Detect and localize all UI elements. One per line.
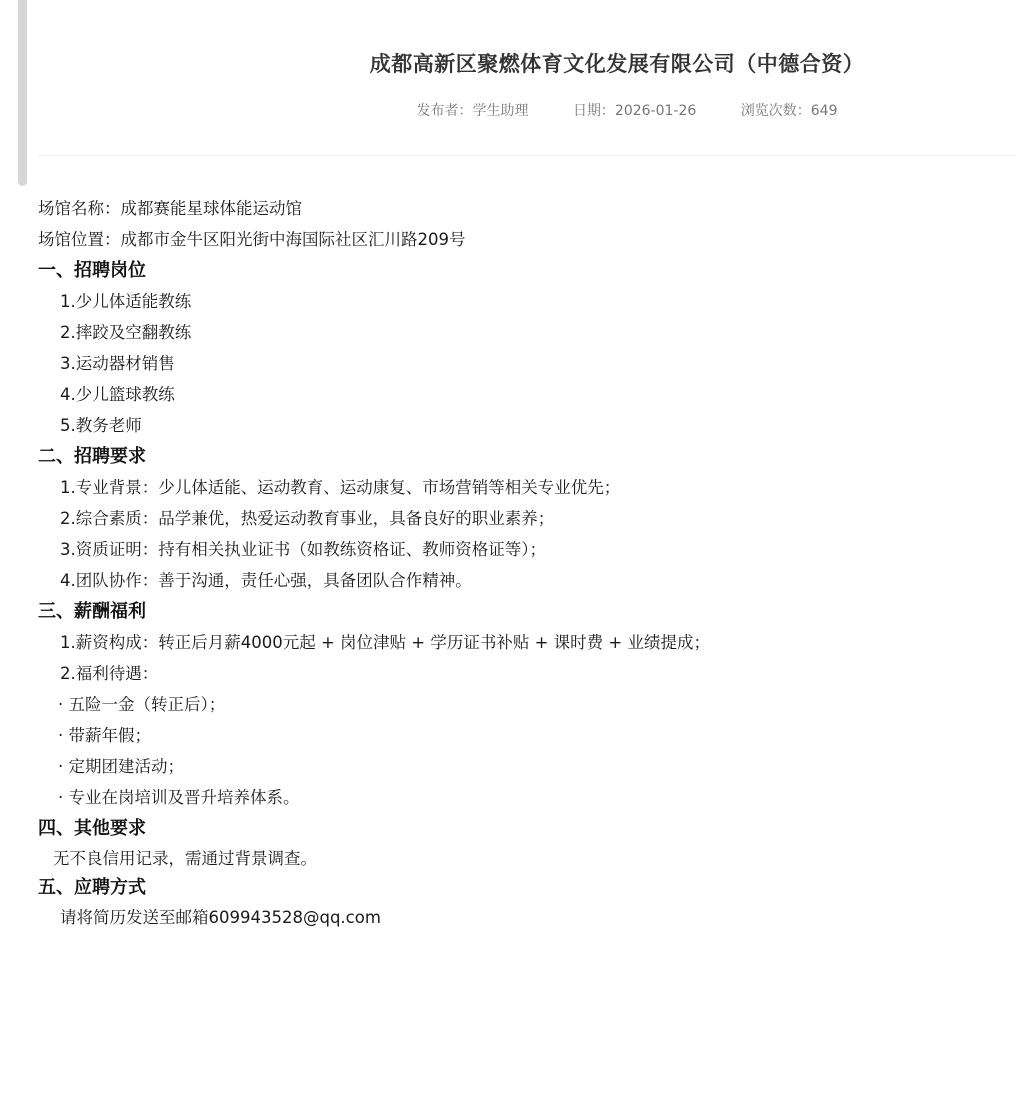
benefit-bullet: · 定期团建活动； <box>38 751 1016 782</box>
position-item: 4.少儿篮球教练 <box>38 379 1016 410</box>
application-method: 请将简历发送至邮箱609943528@qq.com <box>38 902 1016 933</box>
benefit-bullet: · 专业在岗培训及晋升培养体系。 <box>38 782 1016 813</box>
article-body: 场馆名称：成都赛能星球体能运动馆 场馆位置：成都市金牛区阳光街中海国际社区汇川路… <box>38 193 1016 933</box>
position-item: 1.少儿体适能教练 <box>38 286 1016 317</box>
benefit-item: 1.薪资构成：转正后月薪4000元起 + 岗位津贴 + 学历证书补贴 + 课时费… <box>38 627 1016 658</box>
page-title: 成都高新区聚燃体育文化发展有限公司（中德合资） <box>38 48 1016 78</box>
article-header: 成都高新区聚燃体育文化发展有限公司（中德合资） 发布者：学生助理 日期：2026… <box>38 0 1016 156</box>
scrollbar[interactable] <box>18 0 27 186</box>
requirement-item: 3.资质证明：持有相关执业证书（如教练资格证、教师资格证等）； <box>38 534 1016 565</box>
requirement-item: 1.专业背景：少儿体适能、运动教育、运动康复、市场营销等相关专业优先； <box>38 472 1016 503</box>
section-heading-application: 五、应聘方式 <box>38 873 1016 902</box>
section-heading-other: 四、其他要求 <box>38 813 1016 844</box>
venue-name: 场馆名称：成都赛能星球体能运动馆 <box>38 193 1016 224</box>
requirement-item: 4.团队协作：善于沟通，责任心强，具备团队合作精神。 <box>38 565 1016 596</box>
view-count: 浏览次数：649 <box>741 103 838 119</box>
venue-location: 场馆位置：成都市金牛区阳光街中海国际社区汇川路209号 <box>38 224 1016 255</box>
position-item: 5.教务老师 <box>38 410 1016 441</box>
position-item: 3.运动器材销售 <box>38 348 1016 379</box>
section-heading-benefits: 三、薪酬福利 <box>38 596 1016 627</box>
benefit-bullet: · 五险一金（转正后）； <box>38 689 1016 720</box>
position-item: 2.摔跤及空翻教练 <box>38 317 1016 348</box>
publish-date: 日期：2026-01-26 <box>573 103 696 119</box>
requirement-item: 2.综合素质：品学兼优，热爱运动教育事业，具备良好的职业素养； <box>38 503 1016 534</box>
publisher: 发布者：学生助理 <box>416 103 528 119</box>
section-heading-requirements: 二、招聘要求 <box>38 441 1016 472</box>
other-requirement: 无不良信用记录，需通过背景调查。 <box>38 844 1016 873</box>
article-meta: 发布者：学生助理 日期：2026-01-26 浏览次数：649 <box>38 100 1016 120</box>
benefit-bullet: · 带薪年假； <box>38 720 1016 751</box>
section-heading-positions: 一、招聘岗位 <box>38 255 1016 286</box>
benefit-item: 2.福利待遇： <box>38 658 1016 689</box>
